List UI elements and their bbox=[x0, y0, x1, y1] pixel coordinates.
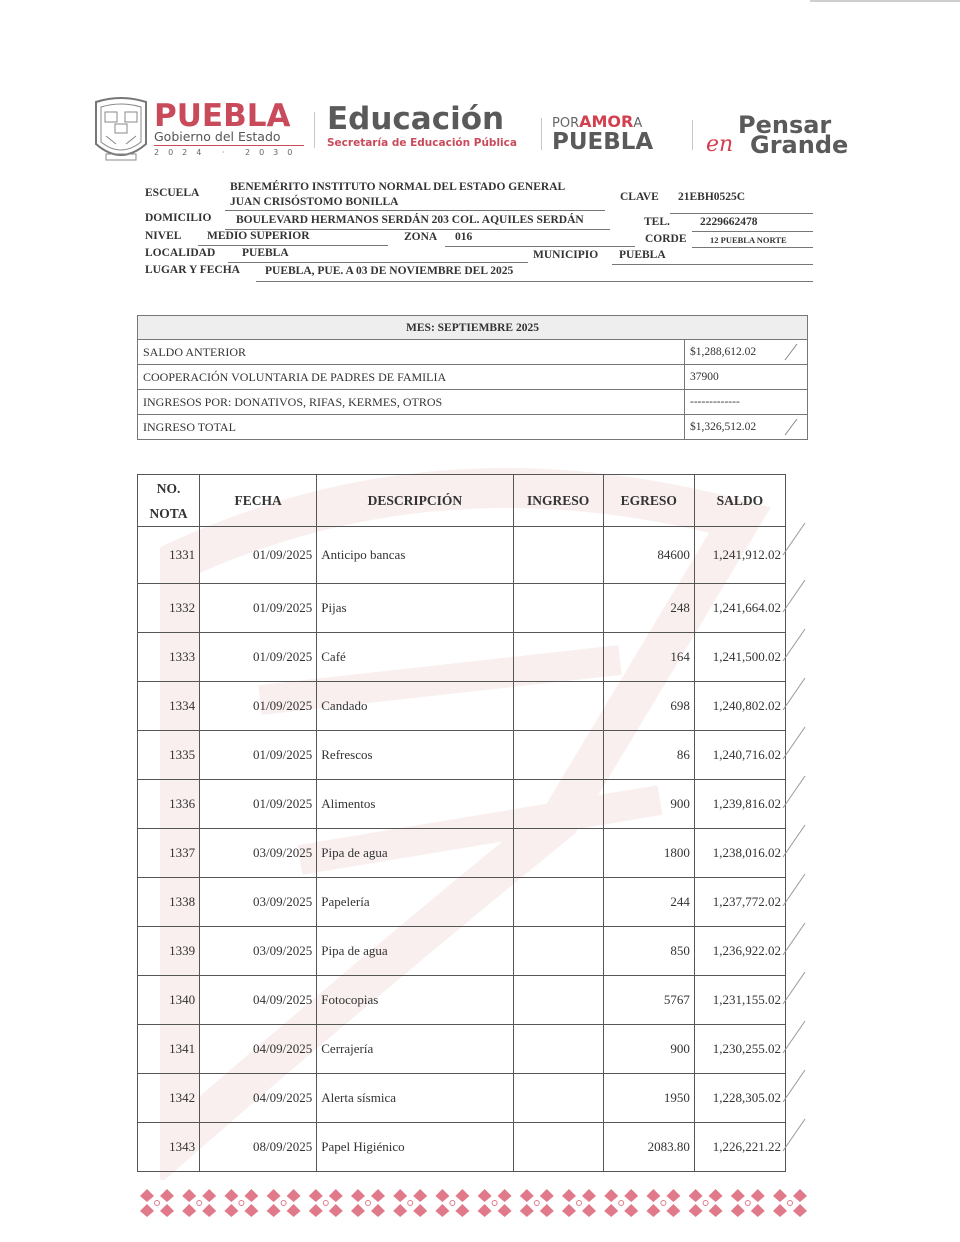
cell-nota-value: 1343 bbox=[169, 1139, 195, 1154]
cell-ingreso bbox=[513, 1025, 603, 1074]
cell-saldo: 1,231,155.02 bbox=[694, 976, 785, 1025]
cell-fecha-value: 01/09/2025 bbox=[253, 796, 312, 811]
summary-value: $1,326,512.02 bbox=[690, 421, 756, 433]
table-row: 133201/09/2025Pijas2481,241,664.02 bbox=[138, 584, 786, 633]
cell-saldo-value: 1,230,255.02 bbox=[713, 1041, 781, 1056]
cell-ingreso bbox=[513, 878, 603, 927]
cell-saldo: 1,241,500.02 bbox=[694, 633, 785, 682]
state-government-logo: PUEBLA Gobierno del Estado 2024 · 2030 bbox=[154, 102, 304, 157]
cell-ingreso bbox=[513, 633, 603, 682]
cell-egreso: 244 bbox=[603, 878, 694, 927]
cell-egreso-value: 900 bbox=[670, 1041, 690, 1056]
cell-saldo-value: 1,241,500.02 bbox=[713, 649, 781, 664]
cell-fecha-value: 03/09/2025 bbox=[253, 943, 312, 958]
cell-egreso-value: 2083.80 bbox=[648, 1139, 690, 1154]
municipio-label: MUNICIPIO bbox=[533, 249, 598, 261]
cell-descripcion-value: Alerta sísmica bbox=[321, 1090, 396, 1105]
zona-value: 016 bbox=[455, 231, 472, 243]
cell-nota-value: 1332 bbox=[169, 600, 195, 615]
cell-descripcion-value: Alimentos bbox=[321, 796, 375, 811]
nivel-label: NIVEL bbox=[145, 230, 181, 242]
localidad-label: LOCALIDAD bbox=[145, 247, 215, 259]
cell-nota: 1343 bbox=[138, 1123, 200, 1172]
cell-nota-value: 1338 bbox=[169, 894, 195, 909]
summary-row: COOPERACIÓN VOLUNTARIA DE PADRES DE FAMI… bbox=[138, 365, 808, 390]
cell-saldo-value: 1,240,802.02 bbox=[713, 698, 781, 713]
cell-fecha-value: 04/09/2025 bbox=[253, 1041, 312, 1056]
expense-ledger-table: NO. NOTA FECHA DESCRIPCIÓN INGRESO EGRES… bbox=[137, 474, 786, 1172]
cell-egreso-value: 244 bbox=[670, 894, 690, 909]
cell-fecha: 01/09/2025 bbox=[200, 527, 317, 584]
cell-fecha: 01/09/2025 bbox=[200, 584, 317, 633]
cell-ingreso bbox=[513, 731, 603, 780]
cell-nota-value: 1333 bbox=[169, 649, 195, 664]
logo-divider bbox=[692, 120, 693, 150]
cell-fecha: 04/09/2025 bbox=[200, 1025, 317, 1074]
cell-nota-value: 1334 bbox=[169, 698, 195, 713]
cell-nota: 1341 bbox=[138, 1025, 200, 1074]
underline bbox=[256, 281, 813, 282]
cell-egreso-value: 698 bbox=[670, 698, 690, 713]
cell-descripcion: Alimentos bbox=[317, 780, 513, 829]
cell-descripcion-value: Pipa de agua bbox=[321, 845, 387, 860]
cell-nota-value: 1342 bbox=[169, 1090, 195, 1105]
cell-fecha: 01/09/2025 bbox=[200, 633, 317, 682]
cell-ingreso bbox=[513, 682, 603, 731]
cell-descripcion: Pijas bbox=[317, 584, 513, 633]
cell-egreso-value: 248 bbox=[670, 600, 690, 615]
cell-egreso-value: 850 bbox=[670, 943, 690, 958]
cell-fecha: 03/09/2025 bbox=[200, 927, 317, 976]
cell-nota: 1334 bbox=[138, 682, 200, 731]
cell-saldo-value: 1,226,221.22 bbox=[713, 1139, 781, 1154]
cell-descripcion-value: Anticipo bancas bbox=[321, 547, 405, 562]
summary-value: $1,288,612.02 bbox=[690, 346, 756, 358]
cell-egreso-value: 84600 bbox=[657, 547, 690, 562]
table-row: 133301/09/2025Café1641,241,500.02 bbox=[138, 633, 786, 682]
cell-nota: 1339 bbox=[138, 927, 200, 976]
summary-value: 37900 bbox=[685, 365, 808, 390]
cell-egreso-value: 164 bbox=[670, 649, 690, 664]
nivel-value: MEDIO SUPERIOR bbox=[207, 230, 310, 242]
table-row: 133601/09/2025Alimentos9001,239,816.02 bbox=[138, 780, 786, 829]
cell-fecha: 03/09/2025 bbox=[200, 829, 317, 878]
cell-descripcion-value: Cerrajería bbox=[321, 1041, 373, 1056]
cell-descripcion-value: Candado bbox=[321, 698, 367, 713]
localidad-value: PUEBLA bbox=[242, 247, 289, 259]
cell-descripcion-value: Fotocopias bbox=[321, 992, 378, 1007]
cell-descripcion-value: Pipa de agua bbox=[321, 943, 387, 958]
cell-ingreso bbox=[513, 1123, 603, 1172]
cell-saldo-value: 1,241,912.02 bbox=[713, 547, 781, 562]
cell-saldo: 1,230,255.02 bbox=[694, 1025, 785, 1074]
cell-saldo: 1,226,221.22 bbox=[694, 1123, 785, 1172]
cell-saldo: 1,240,716.02 bbox=[694, 731, 785, 780]
cell-nota: 1336 bbox=[138, 780, 200, 829]
cell-saldo-value: 1,236,922.02 bbox=[713, 943, 781, 958]
cell-saldo-value: 1,228,305.02 bbox=[713, 1090, 781, 1105]
education-logo: Educación Secretaría de Educación Públic… bbox=[327, 104, 517, 149]
col-nota: NO. NOTA bbox=[138, 475, 200, 527]
cell-egreso-value: 900 bbox=[670, 796, 690, 811]
cell-descripcion-value: Refrescos bbox=[321, 747, 372, 762]
table-row: 133703/09/2025Pipa de agua18001,238,016.… bbox=[138, 829, 786, 878]
check-mark-icon bbox=[783, 342, 799, 362]
col-fecha: FECHA bbox=[200, 475, 317, 527]
domicilio-label: DOMICILIO bbox=[145, 212, 211, 224]
cell-egreso: 1800 bbox=[603, 829, 694, 878]
underline bbox=[228, 262, 528, 263]
cell-ingreso bbox=[513, 780, 603, 829]
cell-saldo: 1,240,802.02 bbox=[694, 682, 785, 731]
table-row: 134104/09/2025Cerrajería9001,230,255.02 bbox=[138, 1025, 786, 1074]
cell-egreso: 698 bbox=[603, 682, 694, 731]
summary-label: COOPERACIÓN VOLUNTARIA DE PADRES DE FAMI… bbox=[138, 365, 685, 390]
cell-descripcion-value: Pijas bbox=[321, 600, 346, 615]
table-row: 133101/09/2025Anticipo bancas846001,241,… bbox=[138, 527, 786, 584]
cell-fecha-value: 03/09/2025 bbox=[253, 894, 312, 909]
underline bbox=[670, 213, 813, 214]
cell-fecha-value: 03/09/2025 bbox=[253, 845, 312, 860]
cell-egreso: 900 bbox=[603, 1025, 694, 1074]
underline bbox=[198, 245, 388, 246]
cell-descripcion: Pipa de agua bbox=[317, 829, 513, 878]
cell-descripcion: Cerrajería bbox=[317, 1025, 513, 1074]
escuela-value-line1: BENEMÉRITO INSTITUTO NORMAL DEL ESTADO G… bbox=[230, 181, 565, 193]
underline bbox=[692, 231, 813, 232]
summary-label: SALDO ANTERIOR bbox=[138, 340, 685, 365]
cell-ingreso bbox=[513, 829, 603, 878]
municipio-value: PUEBLA bbox=[619, 249, 666, 261]
cell-fecha-value: 01/09/2025 bbox=[253, 698, 312, 713]
monthly-summary-table: MES: SEPTIEMBRE 2025 SALDO ANTERIOR $1,2… bbox=[137, 315, 808, 440]
table-row: 134204/09/2025Alerta sísmica19501,228,30… bbox=[138, 1074, 786, 1123]
table-row: 133401/09/2025Candado6981,240,802.02 bbox=[138, 682, 786, 731]
cell-fecha: 01/09/2025 bbox=[200, 780, 317, 829]
corde-value: 12 PUEBLA NORTE bbox=[710, 235, 787, 245]
cell-nota-value: 1340 bbox=[169, 992, 195, 1007]
cell-fecha-value: 04/09/2025 bbox=[253, 1090, 312, 1105]
cell-fecha: 04/09/2025 bbox=[200, 976, 317, 1025]
cell-nota-value: 1337 bbox=[169, 845, 195, 860]
cell-nota: 1340 bbox=[138, 976, 200, 1025]
education-logo-subtitle: Secretaría de Educación Pública bbox=[327, 137, 517, 149]
tel-label: TEL. bbox=[644, 216, 670, 228]
cell-saldo: 1,241,912.02 bbox=[694, 527, 785, 584]
cell-fecha-value: 01/09/2025 bbox=[253, 547, 312, 562]
cell-saldo-value: 1,238,016.02 bbox=[713, 845, 781, 860]
cell-fecha: 01/09/2025 bbox=[200, 731, 317, 780]
ledger-body: 133101/09/2025Anticipo bancas846001,241,… bbox=[138, 527, 786, 1172]
underline bbox=[692, 247, 813, 248]
campaign-bottom: PUEBLA bbox=[552, 131, 653, 153]
cell-fecha: 04/09/2025 bbox=[200, 1074, 317, 1123]
cell-ingreso bbox=[513, 527, 603, 584]
cell-descripcion: Papelería bbox=[317, 878, 513, 927]
cell-descripcion: Fotocopias bbox=[317, 976, 513, 1025]
tel-value: 2229662478 bbox=[700, 216, 758, 228]
cell-egreso-value: 86 bbox=[677, 747, 690, 762]
cell-nota: 1342 bbox=[138, 1074, 200, 1123]
cell-nota-value: 1339 bbox=[169, 943, 195, 958]
cell-saldo: 1,238,016.02 bbox=[694, 829, 785, 878]
state-logo-years: 2024 · 2030 bbox=[154, 148, 304, 157]
cell-saldo-value: 1,240,716.02 bbox=[713, 747, 781, 762]
cell-ingreso bbox=[513, 927, 603, 976]
cell-descripcion: Candado bbox=[317, 682, 513, 731]
cell-descripcion-value: Café bbox=[321, 649, 346, 664]
escuela-label: ESCUELA bbox=[145, 187, 199, 199]
ledger-header-row: NO. NOTA FECHA DESCRIPCIÓN INGRESO EGRES… bbox=[138, 475, 786, 527]
clave-value: 21EBH0525C bbox=[678, 191, 745, 203]
table-row: 134308/09/2025Papel Higiénico2083.801,22… bbox=[138, 1123, 786, 1172]
slogan-line2: Grande bbox=[750, 133, 848, 157]
logo-divider bbox=[541, 118, 542, 150]
cell-fecha-value: 01/09/2025 bbox=[253, 600, 312, 615]
education-logo-name: Educación bbox=[327, 104, 517, 134]
cell-ingreso bbox=[513, 976, 603, 1025]
cell-fecha-value: 08/09/2025 bbox=[253, 1139, 312, 1154]
coat-of-arms-icon bbox=[92, 94, 150, 164]
cell-fecha-value: 04/09/2025 bbox=[253, 992, 312, 1007]
cell-nota: 1333 bbox=[138, 633, 200, 682]
corde-label: CORDE bbox=[645, 233, 687, 245]
cell-descripcion-value: Papelería bbox=[321, 894, 369, 909]
cell-egreso: 164 bbox=[603, 633, 694, 682]
cell-saldo: 1,236,922.02 bbox=[694, 927, 785, 976]
cell-saldo: 1,241,664.02 bbox=[694, 584, 785, 633]
cell-fecha-value: 01/09/2025 bbox=[253, 747, 312, 762]
cell-nota-value: 1341 bbox=[169, 1041, 195, 1056]
cell-egreso: 2083.80 bbox=[603, 1123, 694, 1172]
underline bbox=[225, 210, 605, 211]
cell-nota: 1338 bbox=[138, 878, 200, 927]
cell-nota-value: 1331 bbox=[169, 547, 195, 562]
summary-label: INGRESOS POR: DONATIVOS, RIFAS, KERMES, … bbox=[138, 390, 685, 415]
domicilio-value: BOULEVARD HERMANOS SERDÁN 203 COL. AQUIL… bbox=[236, 214, 584, 226]
cell-descripcion: Refrescos bbox=[317, 731, 513, 780]
cell-egreso: 84600 bbox=[603, 527, 694, 584]
col-nota-line1: NO. bbox=[157, 481, 181, 496]
cell-egreso-value: 5767 bbox=[664, 992, 690, 1007]
cell-nota-value: 1335 bbox=[169, 747, 195, 762]
underline bbox=[612, 264, 813, 265]
logo-divider bbox=[314, 112, 315, 148]
cell-egreso-value: 1950 bbox=[664, 1090, 690, 1105]
table-row: 134004/09/2025Fotocopias57671,231,155.02 bbox=[138, 976, 786, 1025]
col-nota-line2: NOTA bbox=[150, 506, 188, 521]
cell-fecha: 03/09/2025 bbox=[200, 878, 317, 927]
cell-nota: 1337 bbox=[138, 829, 200, 878]
check-mark-icon bbox=[783, 417, 799, 437]
cell-egreso: 86 bbox=[603, 731, 694, 780]
cell-saldo-value: 1,239,816.02 bbox=[713, 796, 781, 811]
cell-descripcion: Papel Higiénico bbox=[317, 1123, 513, 1172]
cell-saldo-value: 1,231,155.02 bbox=[713, 992, 781, 1007]
cell-saldo-value: 1,241,664.02 bbox=[713, 600, 781, 615]
cell-fecha: 08/09/2025 bbox=[200, 1123, 317, 1172]
lugar-fecha-label: LUGAR Y FECHA bbox=[145, 264, 240, 276]
por-amor-a-puebla-logo: PORAMORA PUEBLA bbox=[552, 115, 653, 153]
summary-month-title: MES: SEPTIEMBRE 2025 bbox=[138, 316, 808, 340]
cell-nota: 1331 bbox=[138, 527, 200, 584]
summary-value: ------------- bbox=[685, 390, 808, 415]
summary-row: INGRESO TOTAL $1,326,512.02 bbox=[138, 415, 808, 440]
summary-value-cell: $1,326,512.02 bbox=[685, 415, 808, 440]
lugar-fecha-value: PUEBLA, PUE. A 03 DE NOVIEMBRE DEL 2025 bbox=[265, 265, 513, 277]
cell-egreso: 1950 bbox=[603, 1074, 694, 1123]
cell-descripcion: Anticipo bancas bbox=[317, 527, 513, 584]
cell-egreso-value: 1800 bbox=[664, 845, 690, 860]
col-egreso: EGRESO bbox=[603, 475, 694, 527]
underline bbox=[445, 246, 635, 247]
summary-row: SALDO ANTERIOR $1,288,612.02 bbox=[138, 340, 808, 365]
cell-descripcion: Alerta sísmica bbox=[317, 1074, 513, 1123]
cell-egreso: 5767 bbox=[603, 976, 694, 1025]
cell-ingreso bbox=[513, 1074, 603, 1123]
escuela-value-line2: JUAN CRISÓSTOMO BONILLA bbox=[230, 196, 399, 208]
slogan-en: en bbox=[706, 133, 733, 157]
col-ingreso: INGRESO bbox=[513, 475, 603, 527]
cell-nota: 1335 bbox=[138, 731, 200, 780]
table-row: 133501/09/2025Refrescos861,240,716.02 bbox=[138, 731, 786, 780]
cell-saldo: 1,237,772.02 bbox=[694, 878, 785, 927]
cell-saldo-value: 1,237,772.02 bbox=[713, 894, 781, 909]
cell-egreso: 850 bbox=[603, 927, 694, 976]
zona-label: ZONA bbox=[404, 231, 437, 243]
cell-descripcion: Pipa de agua bbox=[317, 927, 513, 976]
cell-ingreso bbox=[513, 584, 603, 633]
pensar-en-grande-logo: Pensar en Grande bbox=[706, 113, 866, 161]
cell-descripcion: Café bbox=[317, 633, 513, 682]
col-descripcion: DESCRIPCIÓN bbox=[317, 475, 513, 527]
summary-label: INGRESO TOTAL bbox=[138, 415, 685, 440]
cell-nota-value: 1336 bbox=[169, 796, 195, 811]
cell-egreso: 248 bbox=[603, 584, 694, 633]
summary-value-cell: $1,288,612.02 bbox=[685, 340, 808, 365]
cell-egreso: 900 bbox=[603, 780, 694, 829]
cell-saldo: 1,228,305.02 bbox=[694, 1074, 785, 1123]
table-row: 133903/09/2025Pipa de agua8501,236,922.0… bbox=[138, 927, 786, 976]
summary-row: INGRESOS POR: DONATIVOS, RIFAS, KERMES, … bbox=[138, 390, 808, 415]
cell-fecha: 01/09/2025 bbox=[200, 682, 317, 731]
cell-descripcion-value: Papel Higiénico bbox=[321, 1139, 404, 1154]
scan-edge-line bbox=[810, 0, 960, 2]
decorative-floral-border bbox=[136, 1187, 812, 1219]
clave-label: CLAVE bbox=[620, 191, 659, 203]
cell-saldo: 1,239,816.02 bbox=[694, 780, 785, 829]
state-logo-name: PUEBLA bbox=[154, 102, 304, 130]
table-row: 133803/09/2025Papelería2441,237,772.02 bbox=[138, 878, 786, 927]
cell-nota: 1332 bbox=[138, 584, 200, 633]
col-saldo: SALDO bbox=[694, 475, 785, 527]
cell-fecha-value: 01/09/2025 bbox=[253, 649, 312, 664]
